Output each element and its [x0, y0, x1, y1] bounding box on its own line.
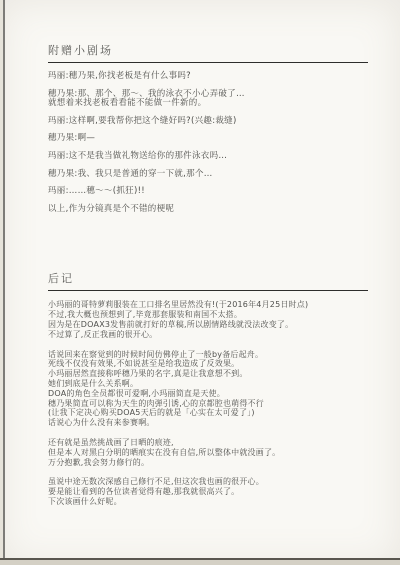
- afterword-line: 小玛丽的哥特萝莉服装在工口排名里居然没有!(于2016年4月25日时点): [48, 300, 368, 310]
- afterword-line: 话说心为什么没有来参赛啊。: [48, 418, 368, 428]
- afterword-section: 后记 小玛丽的哥特萝莉服装在工口排名里居然没有!(于2016年4月25日时点) …: [48, 270, 368, 506]
- afterword-paragraph: 虽说中途无数次深感自己修行不足,但这次我也画的很开心。 要是能让看到的各位读者觉…: [48, 477, 368, 506]
- dialogue-entry: 玛丽:这不是我当做礼物送给你的那件泳衣吗…: [48, 152, 368, 162]
- afterword-paragraph: 还有就是虽然挑战画了日晒的痕迹, 但是本人对黑白分明的晒痕实在没有自信,所以整体…: [48, 438, 368, 467]
- dialogue-entry: 以上,作为分镜真是个不错的梗呢: [48, 205, 368, 215]
- afterword-line: 不过,我大概也预想到了,毕竟那套服装和南国不太搭。: [48, 310, 368, 320]
- theater-section: 附赠小剧场 玛丽:穗乃果,你找老板是有什么事吗? 穗乃果:那、那个、那～、我的泳…: [48, 42, 368, 214]
- dialogue-entry: 穗乃果:我、我只是普通的穿一下就,那个…: [48, 170, 368, 180]
- dialogue-line: 就想着来找老板看看能不能做一件新的。: [48, 99, 368, 109]
- afterword-line: 死线不仅没有效果,不如说甚至是给我造成了反效果。: [48, 359, 368, 369]
- dialogue-entry: 穗乃果:那、那个、那～、我的泳衣不小心弄破了… 就想着来找老板看看能不能做一件新…: [48, 90, 368, 109]
- afterword-line: DOA的角色全员都很可爱啊,小玛丽简直是天使。: [48, 389, 368, 399]
- afterword-line: 虽说中途无数次深感自己修行不足,但这次我也画的很开心。: [48, 477, 368, 487]
- afterword-line: 话说回来在察觉到的时候时间仿佛停止了一般by备后起舟。: [48, 350, 368, 360]
- dialogue-line: 玛丽:这不是我当做礼物送给你的那件泳衣吗…: [48, 152, 368, 162]
- dialogue-entry: 玛丽:……穗～～(抓狂)!!: [48, 187, 368, 197]
- afterword-section-title: 后记: [48, 270, 368, 290]
- afterword-paragraph: 话说回来在察觉到的时候时间仿佛停止了一般by备后起舟。 死线不仅没有效果,不如说…: [48, 350, 368, 428]
- afterword-line: 她们到底是什么关系啊。: [48, 379, 368, 389]
- afterword-line: 穗乃果简直可以称为天生的肉弹引诱,心的京都腔也萌得不行: [48, 399, 368, 409]
- afterword-line: 下次该画什么好呢。: [48, 497, 368, 507]
- dialogue-entry: 穗乃果:啊—: [48, 134, 368, 144]
- scanned-doujin-page: 附赠小剧场 玛丽:穗乃果,你找老板是有什么事吗? 穗乃果:那、那个、那～、我的泳…: [0, 0, 400, 565]
- afterword-line: 万分抱歉,我会努力修行的。: [48, 458, 368, 468]
- afterword-line: 要是能让看到的各位读者觉得有趣,那我就很高兴了。: [48, 487, 368, 497]
- afterword-line: 但是本人对黑白分明的晒痕实在没有自信,所以整体中就没画了。: [48, 448, 368, 458]
- dialogue-line: 玛丽:这样啊,要我帮你把这个缝好吗?(兴趣:裁缝): [48, 117, 368, 127]
- theater-section-title: 附赠小剧场: [48, 42, 368, 62]
- dialogue-line: 以上,作为分镜真是个不错的梗呢: [48, 205, 368, 215]
- dialogue-line: 穗乃果:啊—: [48, 134, 368, 144]
- dialogue-line: 玛丽:……穗～～(抓狂)!!: [48, 187, 368, 197]
- page-bottom-edge-highlight: [0, 560, 400, 565]
- theater-title-underline: [48, 62, 368, 63]
- page-spine-shadow-line: [3, 0, 5, 565]
- dialogue-entry: 玛丽:这样啊,要我帮你把这个缝好吗?(兴趣:裁缝): [48, 117, 368, 127]
- dialogue-entry: 玛丽:穗乃果,你找老板是有什么事吗?: [48, 72, 368, 82]
- afterword-title-underline: [48, 290, 368, 291]
- page-content: 附赠小剧场 玛丽:穗乃果,你找老板是有什么事吗? 穗乃果:那、那个、那～、我的泳…: [48, 42, 368, 517]
- afterword-paragraph: 小玛丽的哥特萝莉服装在工口排名里居然没有!(于2016年4月25日时点) 不过,…: [48, 300, 368, 339]
- dialogue-line: 玛丽:穗乃果,你找老板是有什么事吗?: [48, 72, 368, 82]
- afterword-line: (让我下定决心购买DOA5天后的就是「心实在太可爱了」): [48, 408, 368, 418]
- dialogue-line: 穗乃果:我、我只是普通的穿一下就,那个…: [48, 170, 368, 180]
- afterword-line: 小玛丽居然直接称呼穗乃果的名字,真是让我意想不到。: [48, 369, 368, 379]
- afterword-line: 还有就是虽然挑战画了日晒的痕迹,: [48, 438, 368, 448]
- afterword-line: 因为是在DOAX3发售前就打好的草稿,所以剧情路线就没法改变了。: [48, 320, 368, 330]
- afterword-line: 不过算了,反正我画的很开心。: [48, 330, 368, 340]
